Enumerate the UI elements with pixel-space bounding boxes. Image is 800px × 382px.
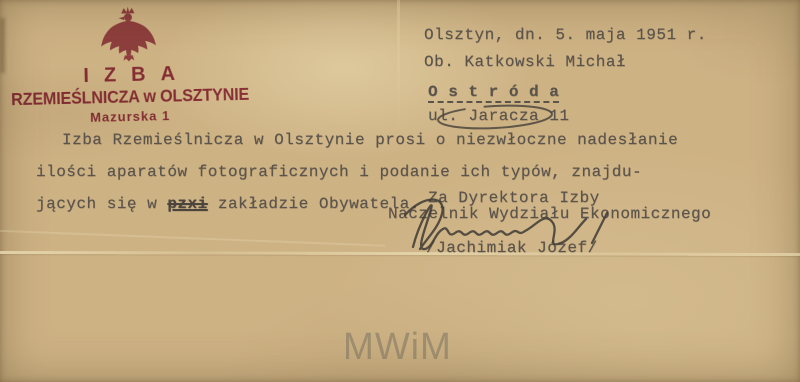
city-line: O s t r ó d a (428, 84, 559, 103)
obliterated-word: pzxi (167, 195, 207, 213)
body-line-2: ilości aparatów fotograficznych i podani… (36, 164, 800, 180)
body-line-1: Izba Rzemieślnicza w Olsztynie prosi o n… (62, 132, 800, 148)
handwritten-signature (395, 183, 620, 263)
polish-eagle-icon (92, 5, 165, 63)
addressee-line: Ob. Katkowski Michał (424, 54, 626, 70)
scanned-letter: IZBA RZEMIEŚLNICZA w OLSZTYNIE Mazurska … (0, 0, 800, 382)
street-line: ul. Jaracza 11 (428, 108, 569, 124)
date-line: Olsztyn, dn. 5. maja 1951 r. (424, 27, 707, 43)
rubber-stamp: IZBA RZEMIEŚLNICZA w OLSZTYNIE Mazurska … (7, 3, 252, 126)
watermark-text: MWiM (343, 326, 452, 369)
vertical-crease (397, 0, 400, 135)
diagonal-crease (0, 229, 385, 246)
body-line-3-pre: jących się w (36, 195, 167, 213)
paper-edge-shadow (0, 18, 5, 73)
